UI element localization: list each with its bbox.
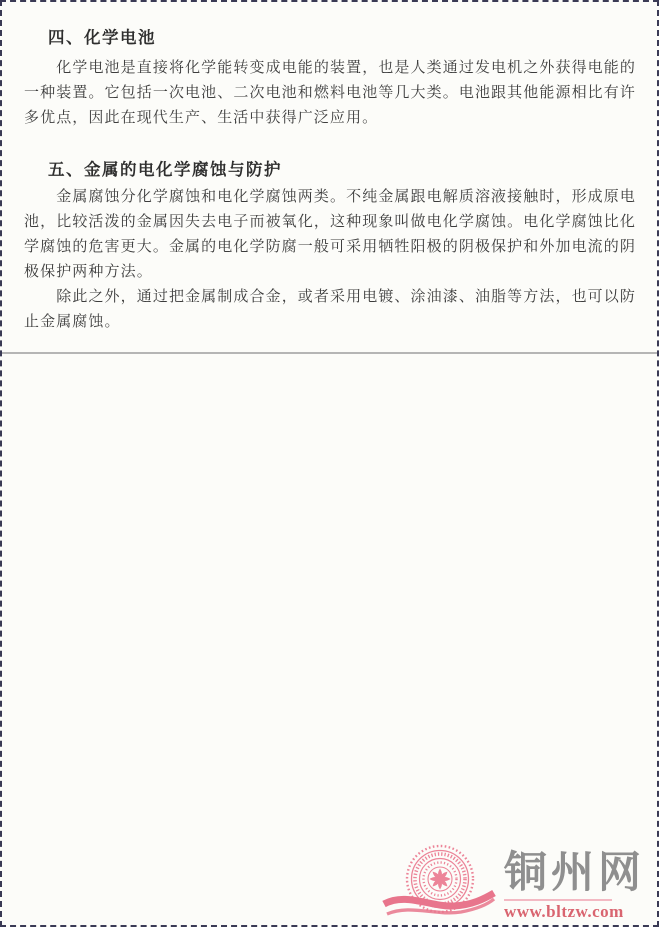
watermark-text-block: 铜州网 www.bltzw.com — [504, 851, 645, 921]
paragraph-chemical-battery: 化学电池是直接将化学能转变成电能的装置，也是人类通过发电机之外获得电能的一种装置… — [24, 56, 636, 131]
watermark-divider — [504, 899, 612, 901]
document-content: 四、化学电池 化学电池是直接将化学能转变成电能的装置，也是人类通过发电机之外获得… — [2, 2, 657, 335]
horizontal-divider — [2, 352, 657, 354]
site-watermark: 铜州网 www.bltzw.com — [382, 843, 645, 921]
paragraph-corrosion-types: 金属腐蚀分化学腐蚀和电化学腐蚀两类。不纯金属跟电解质溶液接触时，形成原电池，比较… — [24, 185, 636, 285]
ornamental-seal-icon — [382, 843, 496, 921]
site-url: www.bltzw.com — [504, 903, 624, 921]
paragraph-corrosion-prevention: 除此之外，通过把金属制成合金，或者采用电镀、涂油漆、油脂等方法，也可以防止金属腐… — [24, 285, 636, 335]
section-heading-metal-corrosion: 五、金属的电化学腐蚀与防护 — [48, 159, 636, 181]
site-name: 铜州网 — [504, 851, 645, 897]
section-heading-chemical-battery: 四、化学电池 — [48, 27, 636, 49]
document-page: 四、化学电池 化学电池是直接将化学能转变成电能的装置，也是人类通过发电机之外获得… — [0, 0, 659, 927]
